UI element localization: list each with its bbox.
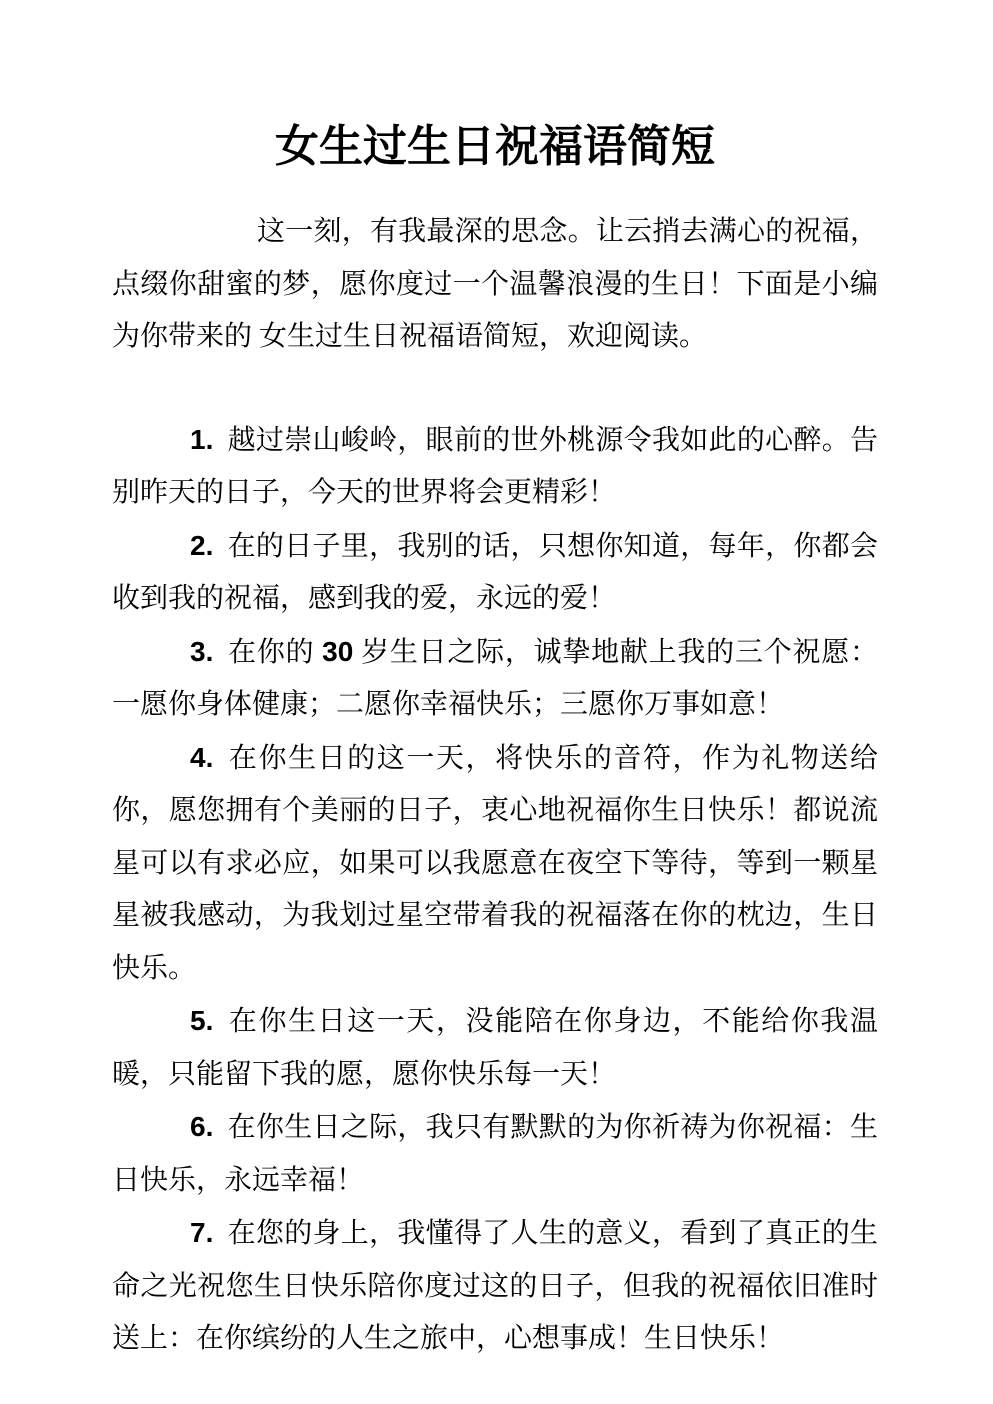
wish-item-number: 1. [190,424,213,455]
wish-text: 在你生日的这一天，将快乐的音符，作为礼物送给你，愿您拥有个美丽的日子，衷心地祝福… [112,743,878,984]
wish-text: 在的日子里，我别的话，只想你知道，每年，你都会收到我的祝福，感到我的爱，永远的爱… [112,531,878,615]
document-page: 女生过生日祝福语简短 这一刻，有我最深的思念。让云捎去满心的祝福，点缀你甜蜜的梦… [0,0,993,1404]
wish-item: 2.在的日子里，我别的话，只想你知道，每年，你都会收到我的祝福，感到我的爱，永远… [112,520,878,626]
wish-item: 1.越过崇山峻岭，眼前的世外桃源令我如此的心醉。告别昨天的日子，今天的世界将会更… [112,414,878,520]
wish-text: 在你生日之际，我只有默默的为你祈祷为你祝福：生日快乐，永远幸福！ [112,1112,878,1196]
wish-item: 4.在你生日的这一天，将快乐的音符，作为礼物送给你，愿您拥有个美丽的日子，衷心地… [112,732,878,996]
wish-list: 1.越过崇山峻岭，眼前的世外桃源令我如此的心醉。告别昨天的日子，今天的世界将会更… [112,414,878,1366]
wish-item-number: 5. [190,1005,213,1036]
wish-item-number: 6. [190,1111,213,1142]
wish-item-number: 3. [190,636,213,667]
page-title: 女生过生日祝福语简短 [112,118,878,176]
wish-item: 7.在您的身上，我懂得了人生的意义，看到了真正的生命之光祝您生日快乐陪你度过这的… [112,1207,878,1366]
wish-text: 越过崇山峻岭，眼前的世外桃源令我如此的心醉。告别昨天的日子，今天的世界将会更精彩… [112,425,878,509]
wish-text: 在你生日这一天，没能陪在你身边，不能给你我温暖，只能留下我的愿，愿你快乐每一天！ [112,1006,878,1090]
wish-text-bold-number: 30 [322,636,353,667]
wish-text: 在您的身上，我懂得了人生的意义，看到了真正的生命之光祝您生日快乐陪你度过这的日子… [112,1218,878,1354]
wish-item-number: 2. [190,530,213,561]
wish-item: 6.在你生日之际，我只有默默的为你祈祷为你祝福：生日快乐，永远幸福！ [112,1101,878,1207]
intro-paragraph: 这一刻，有我最深的思念。让云捎去满心的祝福，点缀你甜蜜的梦，愿你度过一个温馨浪漫… [112,206,878,364]
wish-item: 5.在你生日这一天，没能陪在你身边，不能给你我温暖，只能留下我的愿，愿你快乐每一… [112,995,878,1101]
wish-item-number: 7. [190,1217,213,1248]
wish-text: 在你的 [227,637,322,668]
wish-item: 3.在你的 30 岁生日之际，诚挚地献上我的三个祝愿：一愿你身体健康；二愿你幸福… [112,626,878,732]
wish-item-number: 4. [190,742,213,773]
